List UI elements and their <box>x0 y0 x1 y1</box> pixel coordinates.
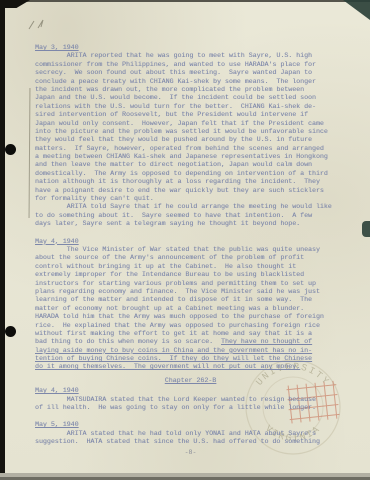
typed-text: ARITA told Sayre that if he could arrang… <box>35 203 332 210</box>
typed-text: extremely improper for the Intendance Bu… <box>35 271 304 278</box>
typed-line: learning of the matter and intended to d… <box>35 296 346 304</box>
typed-text: matters. If Sayre, however, operated fro… <box>35 145 324 152</box>
typed-line: instructors for starting various problem… <box>35 280 346 288</box>
typed-text: have a poignant desire to end the war qu… <box>35 187 324 194</box>
typed-line: ARITA stated that he had told only YONAI… <box>35 430 346 438</box>
typed-line: conclude a peace treaty with CHIANG Kai-… <box>35 78 346 86</box>
typed-line: domestically. The Army is opposed to dep… <box>35 170 346 178</box>
typed-line: into the picture and the problem was set… <box>35 128 346 136</box>
typed-text: without first making the effort to get i… <box>35 330 312 337</box>
paragraph: MATSUDAIRA stated that the Lord Keeper w… <box>35 396 346 413</box>
typed-text: secrecy. We soon found out about this me… <box>35 69 312 76</box>
typed-text: for formality they can't quit. <box>35 195 154 202</box>
typed-line: rice. He explained that the Army was opp… <box>35 322 346 330</box>
typed-text: of ill health. He was going to stay on o… <box>35 404 316 411</box>
diary-entry: May 3, 1940 ARITA reported that he was g… <box>35 44 346 229</box>
typed-line: they would feel that they would be pushe… <box>35 136 346 144</box>
typed-text: nation although it is thoroughly at a lo… <box>35 178 320 185</box>
typed-line: control without bringing it up at the Ca… <box>35 263 346 271</box>
typed-line: for formality they can't quit. <box>35 195 346 203</box>
typed-line: to do something about it. Sayre seemed t… <box>35 212 346 220</box>
typed-text: learning of the matter and intended to d… <box>35 296 312 303</box>
entry-date: May 4, 1940 <box>35 387 346 395</box>
typed-line: HARADA told him that the Army was much o… <box>35 313 346 321</box>
typed-text: ARITA stated that he had told only YONAI… <box>35 430 316 437</box>
scan-edge-bottom <box>0 473 370 480</box>
typed-text: do it among themselves. The government w… <box>35 363 300 370</box>
typed-line: secrecy. We soon found out about this me… <box>35 69 346 77</box>
page-content: May 3, 1940 ARITA reported that he was g… <box>0 0 370 457</box>
typed-text: into the picture and the problem was set… <box>35 128 328 135</box>
typed-text: Japan and the U.S. would become. If the … <box>35 94 316 101</box>
typed-line: bad thing to do this when money is so sc… <box>35 338 346 346</box>
typed-text: the incident was drawn out, the more com… <box>35 86 304 93</box>
paragraph: ARITA told Sayre that if he could arrang… <box>35 203 346 228</box>
diary-entry: May 4, 1940 The Vice Minister of War sta… <box>35 238 346 372</box>
typed-line: have a poignant desire to end the war qu… <box>35 187 346 195</box>
typed-line: matter of economy not brought up at a Ca… <box>35 305 346 313</box>
typed-line: nation although it is thoroughly at a lo… <box>35 178 346 186</box>
typed-text: bad thing to do this when money is so sc… <box>35 338 221 345</box>
paragraph: ARITA reported that he was going to meet… <box>35 52 346 203</box>
typed-text: instructors for starting various problem… <box>35 280 316 287</box>
entry-date: May 4, 1940 <box>35 238 346 246</box>
typed-line: extremely improper for the Intendance Bu… <box>35 271 346 279</box>
scanned-page: UNIVERSITY VIRGINIA May 3, 1940 ARITA re… <box>0 0 370 480</box>
entry-date: May 3, 1940 <box>35 44 346 52</box>
typed-text: rice. He explained that the Army was opp… <box>35 322 320 329</box>
typed-line: a meeting between CHIANG Kai-shek and Ja… <box>35 153 346 161</box>
typed-text: relations with the U.S. would turn for t… <box>35 103 316 110</box>
typed-text: to do something about it. Sayre seemed t… <box>35 212 312 219</box>
typed-line: without first making the effort to get i… <box>35 330 346 338</box>
hole-punch <box>5 326 16 337</box>
typed-line: ARITA reported that he was going to meet… <box>35 52 346 60</box>
typed-text: and then leave the matter to direct nego… <box>35 161 312 168</box>
typed-text: about the source of the Army's announcem… <box>35 254 304 261</box>
scan-edge-left <box>0 0 5 480</box>
typed-text: MATSUDAIRA stated that the Lord Keeper w… <box>35 396 316 403</box>
typed-text: days later, Sayre sent a telegram saying… <box>35 220 300 227</box>
typed-line: sired intervention of Roosevelt, but the… <box>35 111 346 119</box>
typed-text: conclude a peace treaty with CHIANG Kai-… <box>35 78 316 85</box>
typed-text: matter of economy not brought up at a Ca… <box>35 305 304 312</box>
typed-line: about the source of the Army's announcem… <box>35 254 346 262</box>
typed-text: Japan would only consent. However, Japan… <box>35 120 324 127</box>
typed-text: plans regarding economy and finance. The… <box>35 288 320 295</box>
typed-text: domestically. The Army is opposed to dep… <box>35 170 328 177</box>
pencil-scribble <box>26 18 48 32</box>
typed-line: commissioner from the Philippines, and w… <box>35 61 346 69</box>
typed-text: ARITA reported that he was going to meet… <box>35 52 312 59</box>
typed-text: laying aside money to buy coins in China… <box>35 347 312 354</box>
typed-text: control without bringing it up at the Ca… <box>35 263 296 270</box>
typed-line: MATSUDAIRA stated that the Lord Keeper w… <box>35 396 346 404</box>
typed-text: a meeting between CHIANG Kai-shek and Ja… <box>35 153 328 160</box>
typed-line: matters. If Sayre, however, operated fro… <box>35 145 346 153</box>
typed-line: plans regarding economy and finance. The… <box>35 288 346 296</box>
typed-text: HARADA told him that the Army was much o… <box>35 313 324 320</box>
chapter-heading: Chapter 262-B <box>35 377 346 385</box>
typed-text: they would feel that they would be pushe… <box>35 136 312 143</box>
typed-line: The Vice Minister of War stated that the… <box>35 246 346 254</box>
diary-entry: May 4, 1940 MATSUDAIRA stated that the L… <box>35 387 346 412</box>
typed-line: Japan and the U.S. would become. If the … <box>35 94 346 102</box>
entry-date: May 5, 1940 <box>35 421 346 429</box>
typed-line: tention of buying Chinese coins. If they… <box>35 355 346 363</box>
typed-line: ARITA told Sayre that if he could arrang… <box>35 203 346 211</box>
typed-text: sired intervention of Roosevelt, but the… <box>35 111 308 118</box>
ink-mark <box>362 221 370 237</box>
typed-line: the incident was drawn out, the more com… <box>35 86 346 94</box>
corner-fold <box>343 0 370 20</box>
diary-entry: May 5, 1940 ARITA stated that he had tol… <box>35 421 346 446</box>
typed-text: suggestion. HATA stated that since the U… <box>35 438 320 445</box>
typed-text: commissioner from the Philippines, and w… <box>35 61 316 68</box>
typed-line: laying aside money to buy coins in China… <box>35 347 346 355</box>
typed-line: and then leave the matter to direct nego… <box>35 161 346 169</box>
typed-line: Japan would only consent. However, Japan… <box>35 120 346 128</box>
paragraph: ARITA stated that he had told only YONAI… <box>35 430 346 447</box>
typed-line: relations with the U.S. would turn for t… <box>35 103 346 111</box>
paragraph: The Vice Minister of War stated that the… <box>35 246 346 372</box>
typed-text: The Vice Minister of War stated that the… <box>35 246 320 253</box>
typed-text: They have no thought of <box>221 338 312 345</box>
hole-punch <box>5 144 16 155</box>
typed-content: May 3, 1940 ARITA reported that he was g… <box>35 44 346 447</box>
typed-text: tention of buying Chinese coins. If they… <box>35 355 312 362</box>
typed-line: days later, Sayre sent a telegram saying… <box>35 220 346 228</box>
typed-line: suggestion. HATA stated that since the U… <box>35 438 346 446</box>
page-number: -8- <box>35 449 346 457</box>
typed-line: do it among themselves. The government w… <box>35 363 346 371</box>
typed-line: of ill health. He was going to stay on o… <box>35 404 346 412</box>
scan-edge-top <box>0 0 370 2</box>
